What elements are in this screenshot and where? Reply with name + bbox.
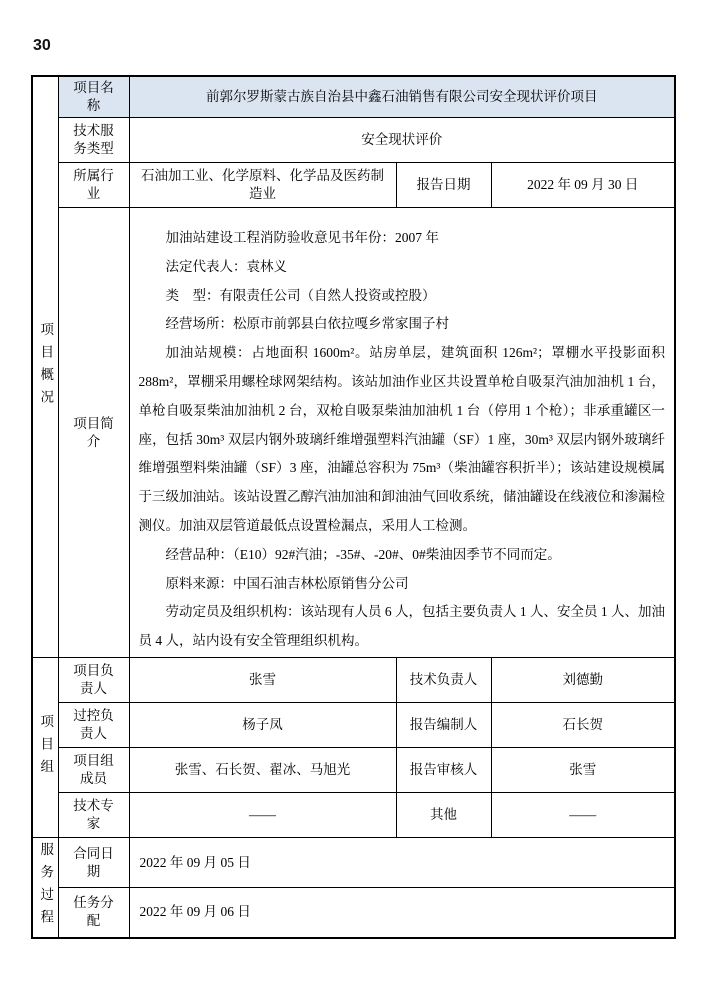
tech-expert-label: 技术专家 [58, 793, 129, 838]
task-assignment-value: 2022 年 09 月 06 日 [129, 888, 675, 938]
table-row: 所属行业 石油加工业、化学原料、化学品及医药制造业 报告日期 2022 年 09… [32, 163, 675, 208]
table-row: 项目概况 项目名称 前郭尔罗斯蒙古族自治县中鑫石油销售有限公司安全现状评价项目 [32, 76, 675, 118]
industry-value: 石油加工业、化学原料、化学品及医药制造业 [129, 163, 396, 208]
report-date-label: 报告日期 [396, 163, 491, 208]
intro-paragraph: 类 型：有限责任公司（自然人投资或控股） [139, 282, 666, 311]
tech-expert-value: —— [129, 793, 396, 838]
project-leader-label: 项目负责人 [58, 658, 129, 703]
project-name-label: 项目名称 [58, 76, 129, 118]
intro-paragraph: 经营品种：（E10）92#汽油；-35#、-20#、0#柴油因季节不同而定。 [139, 541, 666, 570]
table-row: 服务过程 合同日期 2022 年 09 月 05 日 [32, 838, 675, 888]
table-row: 任务分配 2022 年 09 月 06 日 [32, 888, 675, 938]
project-info-table: 项目概况 项目名称 前郭尔罗斯蒙古族自治县中鑫石油销售有限公司安全现状评价项目 … [31, 75, 676, 939]
report-reviewer-value: 张雪 [491, 748, 675, 793]
project-intro-body: 加油站建设工程消防验收意见书年份：2007 年 法定代表人：袁林义 类 型：有限… [129, 208, 675, 658]
page-number: 30 [33, 37, 51, 55]
report-writer-label: 报告编制人 [396, 703, 491, 748]
project-name-value: 前郭尔罗斯蒙古族自治县中鑫石油销售有限公司安全现状评价项目 [129, 76, 675, 118]
other-label: 其他 [396, 793, 491, 838]
other-value: —— [491, 793, 675, 838]
section-label-overview: 项目概况 [32, 76, 58, 658]
service-type-value: 安全现状评价 [129, 118, 675, 163]
task-assignment-label: 任务分配 [58, 888, 129, 938]
process-control-label: 过控负责人 [58, 703, 129, 748]
table-row: 技术专家 —— 其他 —— [32, 793, 675, 838]
intro-paragraph: 劳动定员及组织机构：该站现有人员 6 人，包括主要负责人 1 人、安全员 1 人… [139, 598, 666, 656]
intro-paragraph: 原料来源：中国石油吉林松原销售分公司 [139, 570, 666, 599]
team-members-label: 项目组成员 [58, 748, 129, 793]
section-label-team: 项目组 [32, 658, 58, 838]
contract-date-value: 2022 年 09 月 05 日 [129, 838, 675, 888]
contract-date-label: 合同日期 [58, 838, 129, 888]
tech-leader-value: 刘德勤 [491, 658, 675, 703]
report-date-value: 2022 年 09 月 30 日 [491, 163, 675, 208]
report-reviewer-label: 报告审核人 [396, 748, 491, 793]
table-row: 项目组成员 张雪、石长贺、翟冰、马旭光 报告审核人 张雪 [32, 748, 675, 793]
intro-paragraph: 法定代表人：袁林义 [139, 253, 666, 282]
table-row: 技术服务类型 安全现状评价 [32, 118, 675, 163]
tech-leader-label: 技术负责人 [396, 658, 491, 703]
process-control-value: 杨子凤 [129, 703, 396, 748]
table-row: 项目组 项目负责人 张雪 技术负责人 刘德勤 [32, 658, 675, 703]
project-intro-label: 项目简介 [58, 208, 129, 658]
intro-paragraph: 经营场所：松原市前郭县白依拉嘎乡常家围子村 [139, 310, 666, 339]
team-members-value: 张雪、石长贺、翟冰、马旭光 [129, 748, 396, 793]
project-leader-value: 张雪 [129, 658, 396, 703]
service-type-label: 技术服务类型 [58, 118, 129, 163]
industry-label: 所属行业 [58, 163, 129, 208]
report-writer-value: 石长贺 [491, 703, 675, 748]
intro-paragraph: 加油站规模：占地面积 1600m²。站房单层，建筑面积 126m²；罩棚水平投影… [139, 339, 666, 541]
table-row: 项目简介 加油站建设工程消防验收意见书年份：2007 年 法定代表人：袁林义 类… [32, 208, 675, 658]
table-row: 过控负责人 杨子凤 报告编制人 石长贺 [32, 703, 675, 748]
section-label-process: 服务过程 [32, 838, 58, 938]
intro-paragraph: 加油站建设工程消防验收意见书年份：2007 年 [139, 224, 666, 253]
